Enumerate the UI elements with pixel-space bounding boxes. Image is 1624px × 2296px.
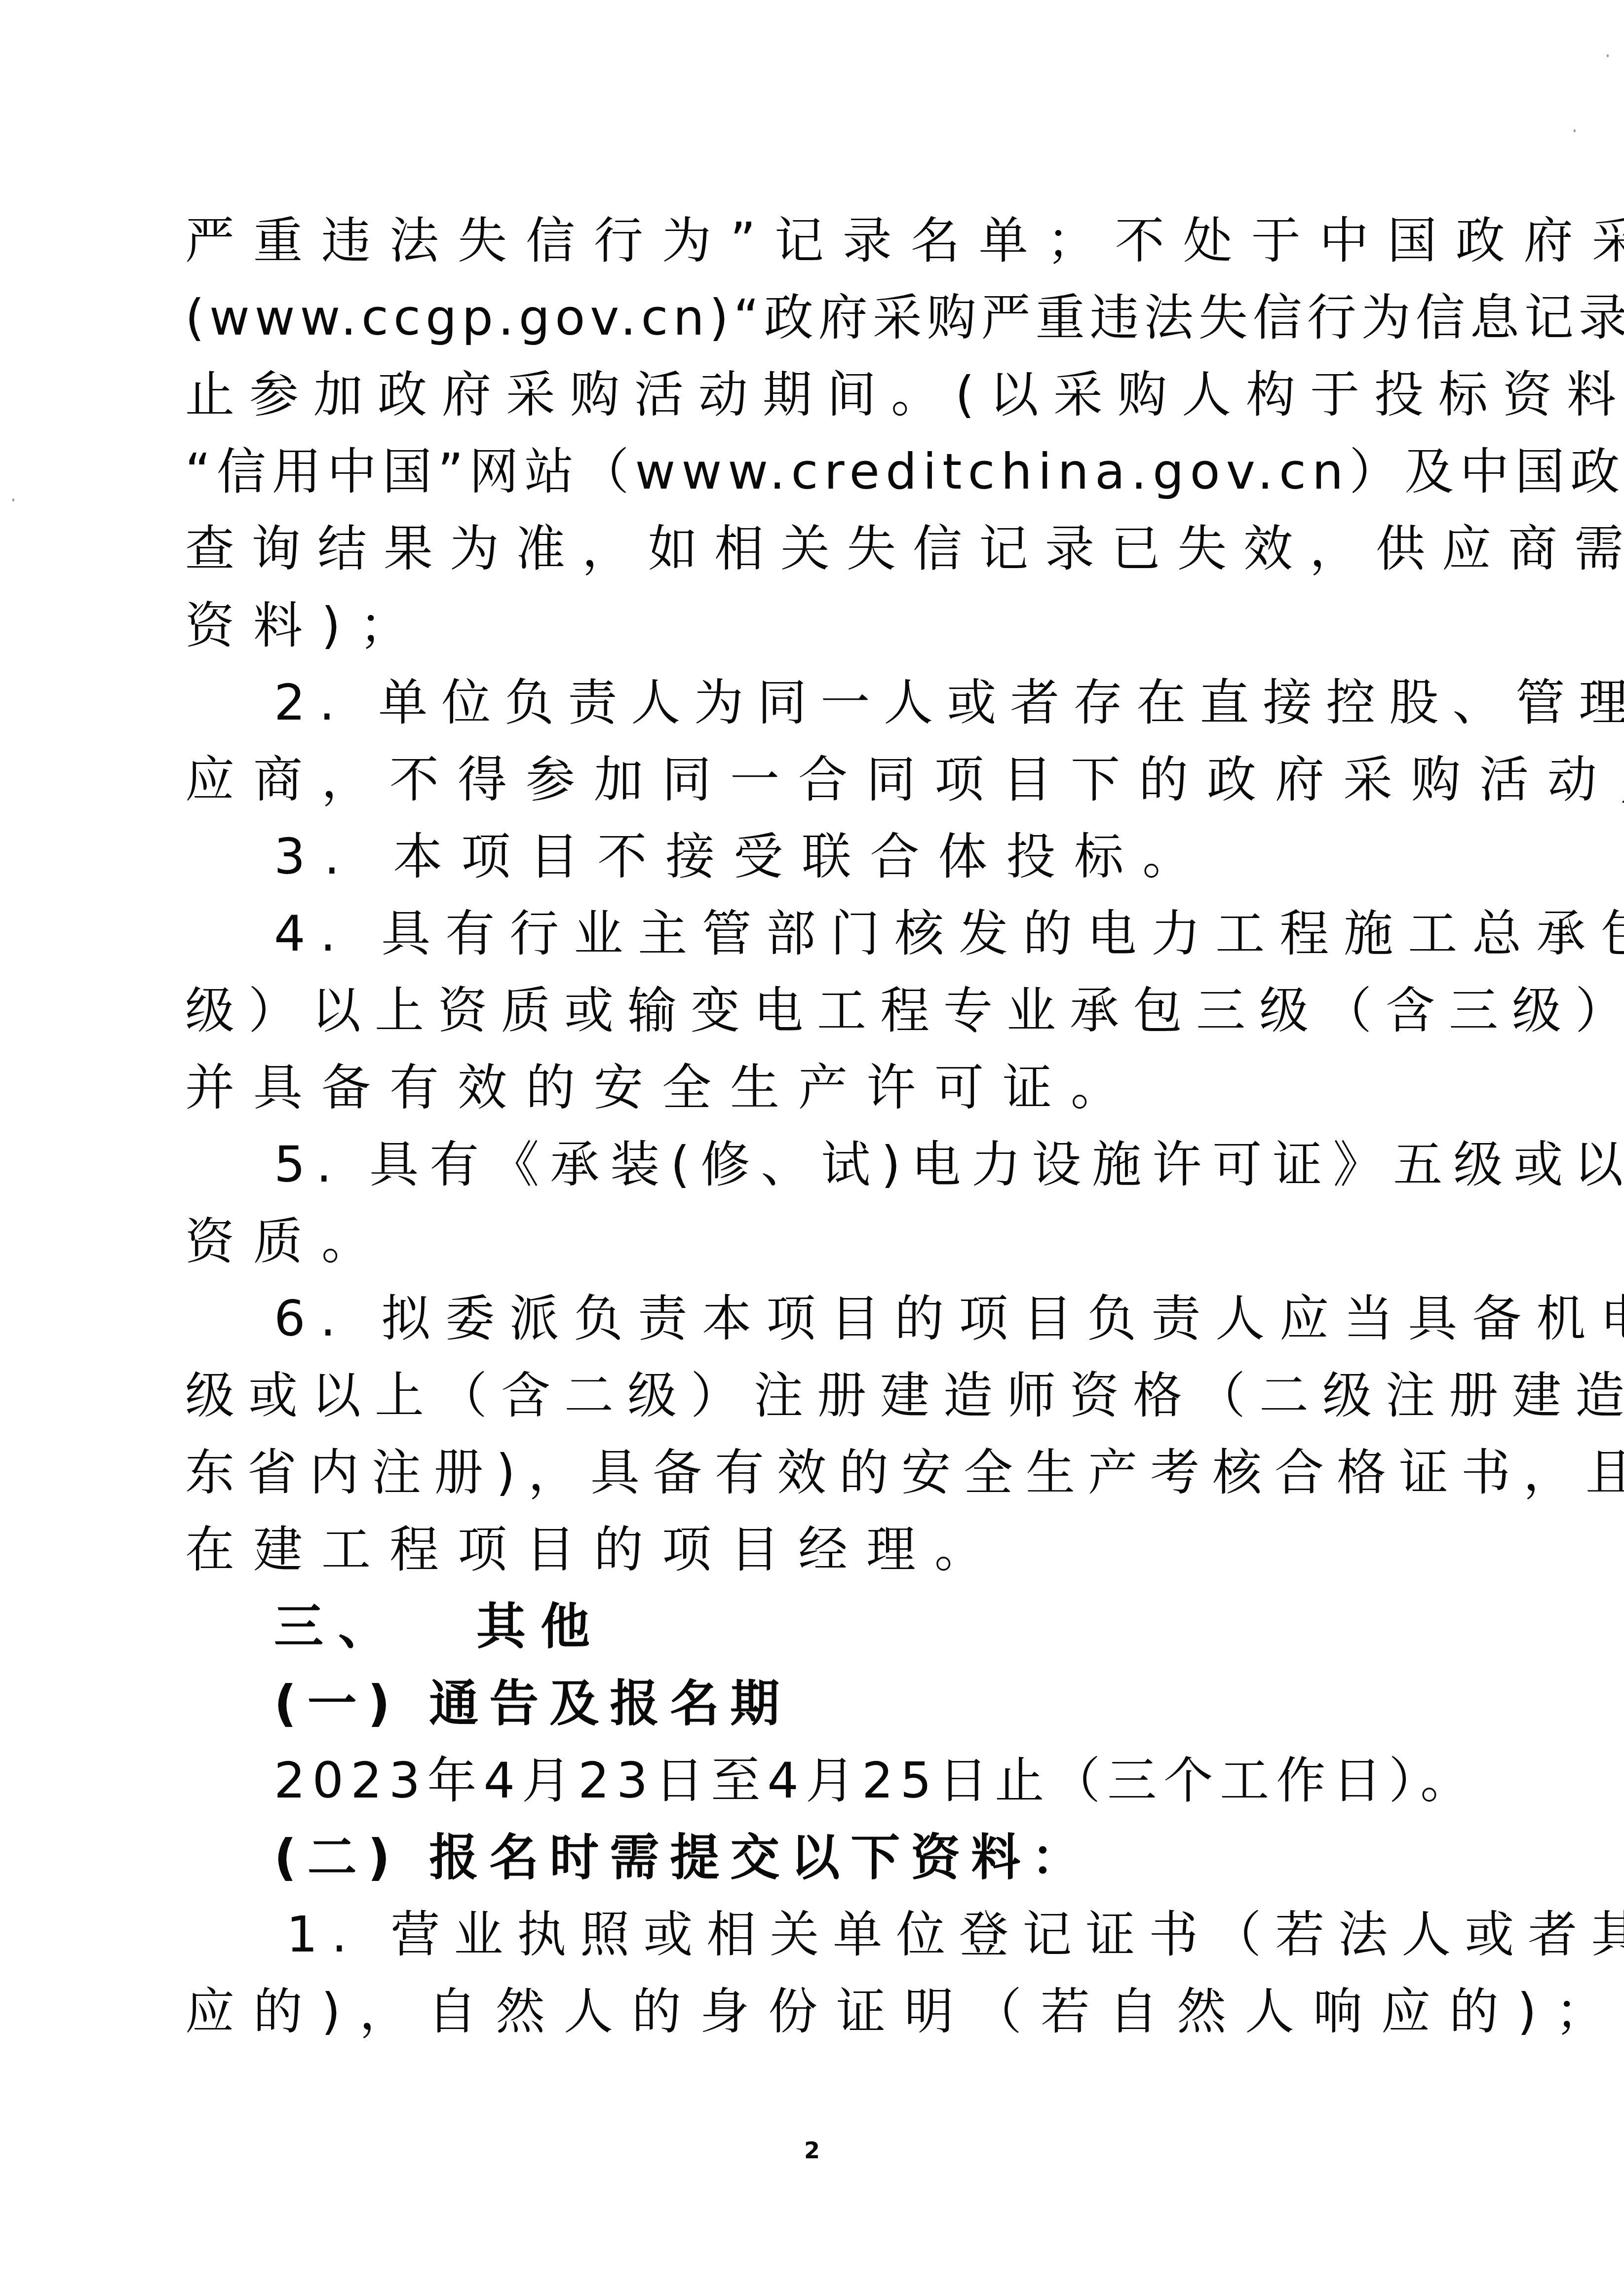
requirement-item-2: 2. 单位负责人为同一人或者存在直接控股、管理关系的不同供 [185, 664, 1429, 741]
subsection-heading-required-materials: (二) 报名时需提交以下资料： [185, 1819, 1429, 1896]
required-material-item-1: 1. 营业执照或相关单位登记证书（若法人或者其他组织响 [185, 1896, 1429, 1973]
paragraph-line: 应商，不得参加同一合同项目下的政府采购活动； [185, 741, 1429, 818]
page-number: 2 [0, 2137, 1624, 2164]
notice-period-dates: 2023年4月23日至4月25日止（三个工作日）。 [185, 1742, 1429, 1819]
paragraph-line: 级）以上资质或输变电工程专业承包三级（含三级）以上资质， [185, 972, 1429, 1049]
paragraph-line: 严重违法失信行为”记录名单；不处于中国政府采购网 [185, 202, 1429, 279]
requirement-item-3: 3. 本项目不接受联合体投标。 [185, 818, 1429, 895]
document-body: 严重违法失信行为”记录名单；不处于中国政府采购网 (www.ccgp.gov.c… [185, 202, 1429, 2050]
paragraph-line: 资料)； [185, 587, 1429, 664]
scan-speck [1574, 129, 1576, 132]
scan-speck [1607, 54, 1609, 57]
section-title: 其他 [476, 1598, 605, 1655]
requirement-item-4: 4. 具有行业主管部门核发的电力工程施工总承包三级（含三 [185, 895, 1429, 972]
scan-speck [12, 498, 14, 501]
requirement-item-5: 5. 具有《承装(修、试)电力设施许可证》五级或以上（含五级） [185, 1126, 1429, 1203]
section-number: 三、 [274, 1598, 402, 1655]
document-page: 严重违法失信行为”记录名单；不处于中国政府采购网 (www.ccgp.gov.c… [0, 0, 1624, 2296]
paragraph-line: 在建工程项目的项目经理。 [185, 1511, 1429, 1588]
paragraph-line: “信用中国”网站（www.creditchina.gov.cn）及中国政府采购网 [185, 433, 1429, 510]
paragraph-line: 资质。 [185, 1203, 1429, 1280]
requirement-item-6: 6. 拟委派负责本项目的项目负责人应当具备机电工程专业二 [185, 1280, 1429, 1357]
paragraph-line: 止参加政府采购活动期间。(以采购人构于投标资料上交日当天在 [185, 356, 1429, 433]
paragraph-line: 查询结果为准，如相关失信记录已失效，供应商需提供相关证明 [185, 510, 1429, 587]
subsection-heading-notice-period: (一) 通告及报名期 [185, 1665, 1429, 1742]
section-heading: 三、其他 [185, 1588, 1429, 1665]
paragraph-line: 东省内注册)，具备有效的安全生产考核合格证书，且未担任其他 [185, 1434, 1429, 1511]
paragraph-line: 级或以上（含二级）注册建造师资格（二级注册建造师必须在广 [185, 1357, 1429, 1434]
paragraph-line: (www.ccgp.gov.cn)“政府采购严重违法失信行为信息记录”中的禁 [185, 279, 1429, 356]
paragraph-line: 并具备有效的安全生产许可证。 [185, 1049, 1429, 1126]
paragraph-line: 应的)，自然人的身份证明（若自然人响应的)； [185, 1973, 1429, 2050]
